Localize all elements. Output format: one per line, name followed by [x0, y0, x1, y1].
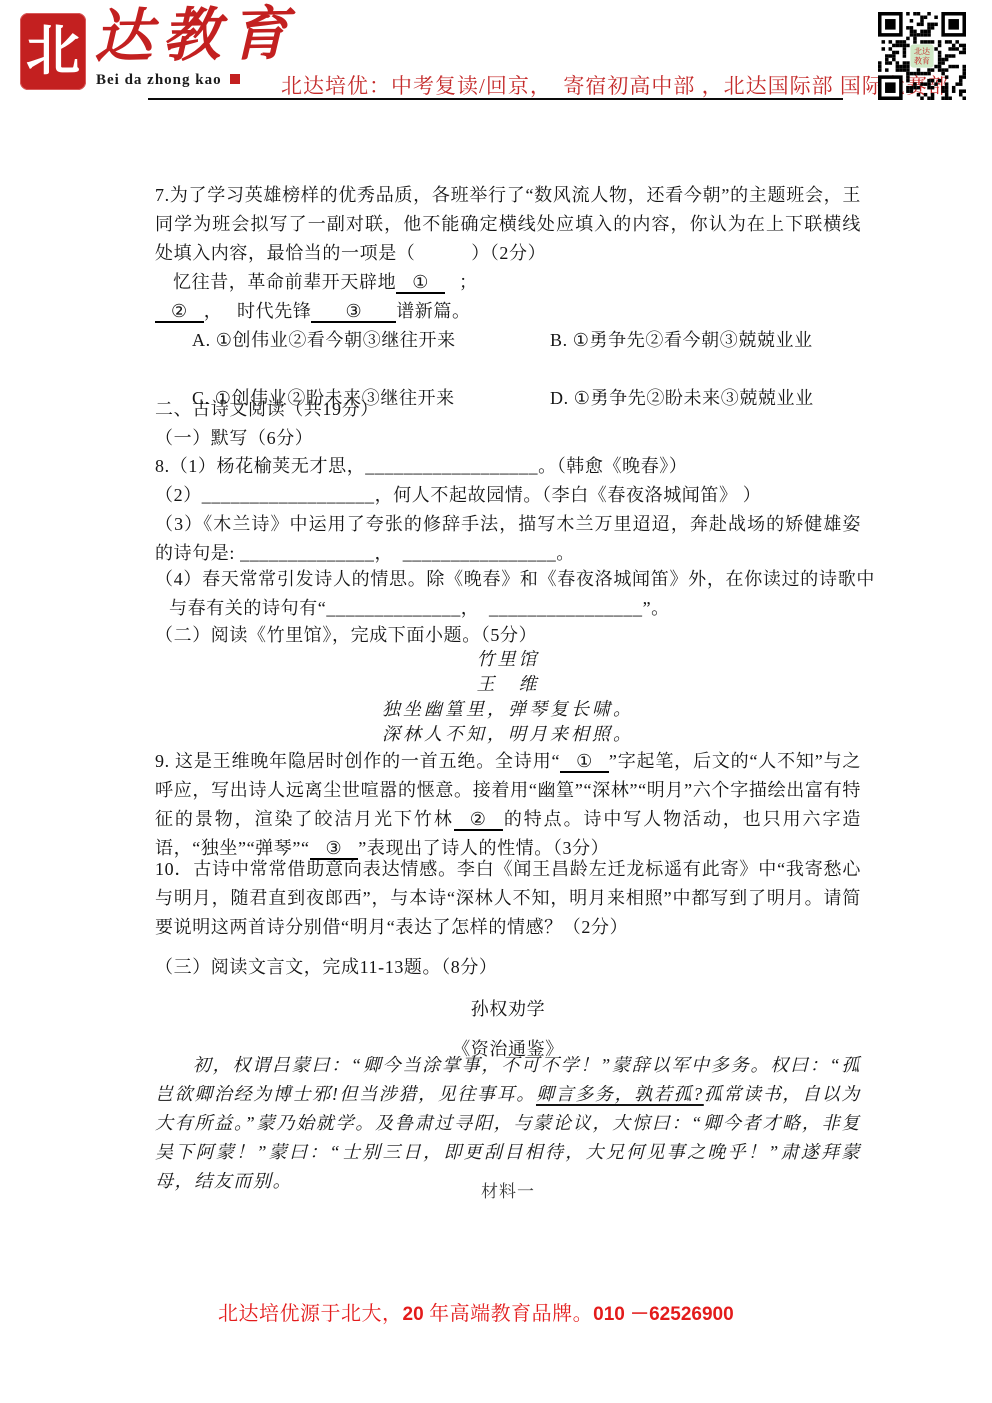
couplet-2-punct: 谱新篇。 [396, 301, 470, 321]
couplet-blank-3: ③ [311, 301, 396, 323]
header-tagline: 北达培优：中考复读/回京， 寄宿初高中部 ，北达国际部 国际竞赛部 [281, 70, 950, 100]
dictation-3: （3）《木兰诗》中运用了夸张的修辞手法，描写木兰万里迢迢，奔赴战场的矫健雄姿的诗… [155, 510, 861, 568]
brand-subtitle: Bei da zhong kao [96, 72, 240, 89]
question-10: 10．古诗中常常借助意向表达情感。李白《闻王昌龄左迁龙标遥有此寄》中“我寄愁心与… [155, 855, 861, 942]
qr-code: 北达教育 [878, 12, 966, 100]
exam-body: 7.为了学习英雄榜样的优秀品质，各班举行了“数风流人物，还看今朝”的主题班会，王… [155, 181, 861, 239]
exam-page: 北 达教育 Bei da zhong kao 北达培优：中考复读/回京， 寄宿初… [0, 0, 992, 1403]
q9-text-1: 9. 这是王维晚年隐居时创作的一首五绝。全诗用“ [155, 751, 560, 771]
wenyan-passage: 初，权谓吕蒙曰：“卿今当涂掌事，不可不学！”蒙辞以军中多务。权曰：“孤岂欲卿治经… [155, 1051, 861, 1196]
dictation-1: 8.（1）杨花榆荚无才思，__________________。（韩愈《晚春》） [155, 452, 861, 481]
svg-text:教育: 教育 [914, 55, 930, 65]
header-divider [148, 98, 843, 100]
material-1-label: 材料一 [155, 1177, 861, 1206]
option-b: B. ①勇争先②看今朝③兢兢业业 [550, 326, 813, 355]
dictation-2: （2）__________________，何人不起故园情。（李白《春夜洛城闻笛… [155, 481, 861, 510]
wenyan-title: 孙权劝学 [155, 995, 861, 1024]
footer-phone: 010 －62526900 [593, 1304, 734, 1325]
couplet-blank-1: ① [396, 272, 445, 294]
dictation-4: （4）春天常常引发诗人的情思。除《晚春》和《春夜洛城闻笛》外，在你读过的诗歌中与… [155, 565, 875, 623]
section-2-sub-3: （三）阅读文言文，完成11-13题。（8分） [155, 953, 861, 982]
footer-text-1: 北达培优源于北大， [218, 1303, 403, 1325]
footer-brand-line: 北达培优源于北大，20 年高端教育品牌。010 －62526900 [218, 1297, 734, 1326]
brand-seal-logo: 北 [20, 13, 86, 90]
q9-blank-2: ② [454, 809, 503, 831]
footer-years: 20 [403, 1304, 424, 1325]
q9-blank-1: ① [560, 751, 609, 773]
couplet-blank-2: ② [155, 301, 204, 323]
red-square-icon [230, 74, 240, 84]
options-row-1: A. ①创伟业②看今朝③继往开来 B. ①勇争先②看今朝③兢兢业业 [155, 326, 861, 355]
brand-subtitle-text: Bei da zhong kao [96, 72, 222, 88]
svg-text:北达: 北达 [914, 46, 931, 56]
couplet-1-punct: ； [459, 272, 478, 292]
couplet-1-text: 忆往昔，革命前辈开天辟地 [173, 272, 396, 292]
question-9: 9. 这是王维晚年隐居时创作的一首五绝。全诗用“①”字起笔，后文的“人不知”与之… [155, 747, 861, 863]
brand-wordmark: 达教育 [93, 2, 298, 69]
footer-text-2: 年高端教育品牌。 [424, 1303, 594, 1325]
question-7-stem: 7.为了学习英雄榜样的优秀品质，各班举行了“数风流人物，还看今朝”的主题班会，王… [155, 181, 861, 268]
couplet-line-1: 忆往昔，革命前辈开天辟地①； [155, 268, 879, 297]
seal-character: 北 [26, 24, 80, 78]
option-a: A. ①创伟业②看今朝③继往开来 [192, 330, 456, 350]
section-2-heading: 二、古诗文阅读（共19分） [155, 395, 861, 424]
section-2-sub-1: （一）默写（6分） [155, 424, 861, 453]
wenyan-underlined: 卿言多务，孰若孤? [536, 1084, 704, 1104]
couplet-line-2: ②， 时代先锋③谱新篇。 [155, 297, 861, 326]
poem-line-2: 深林人不知，明月来相照。 [155, 720, 861, 749]
couplet-2-text: ， 时代先锋 [204, 301, 312, 321]
